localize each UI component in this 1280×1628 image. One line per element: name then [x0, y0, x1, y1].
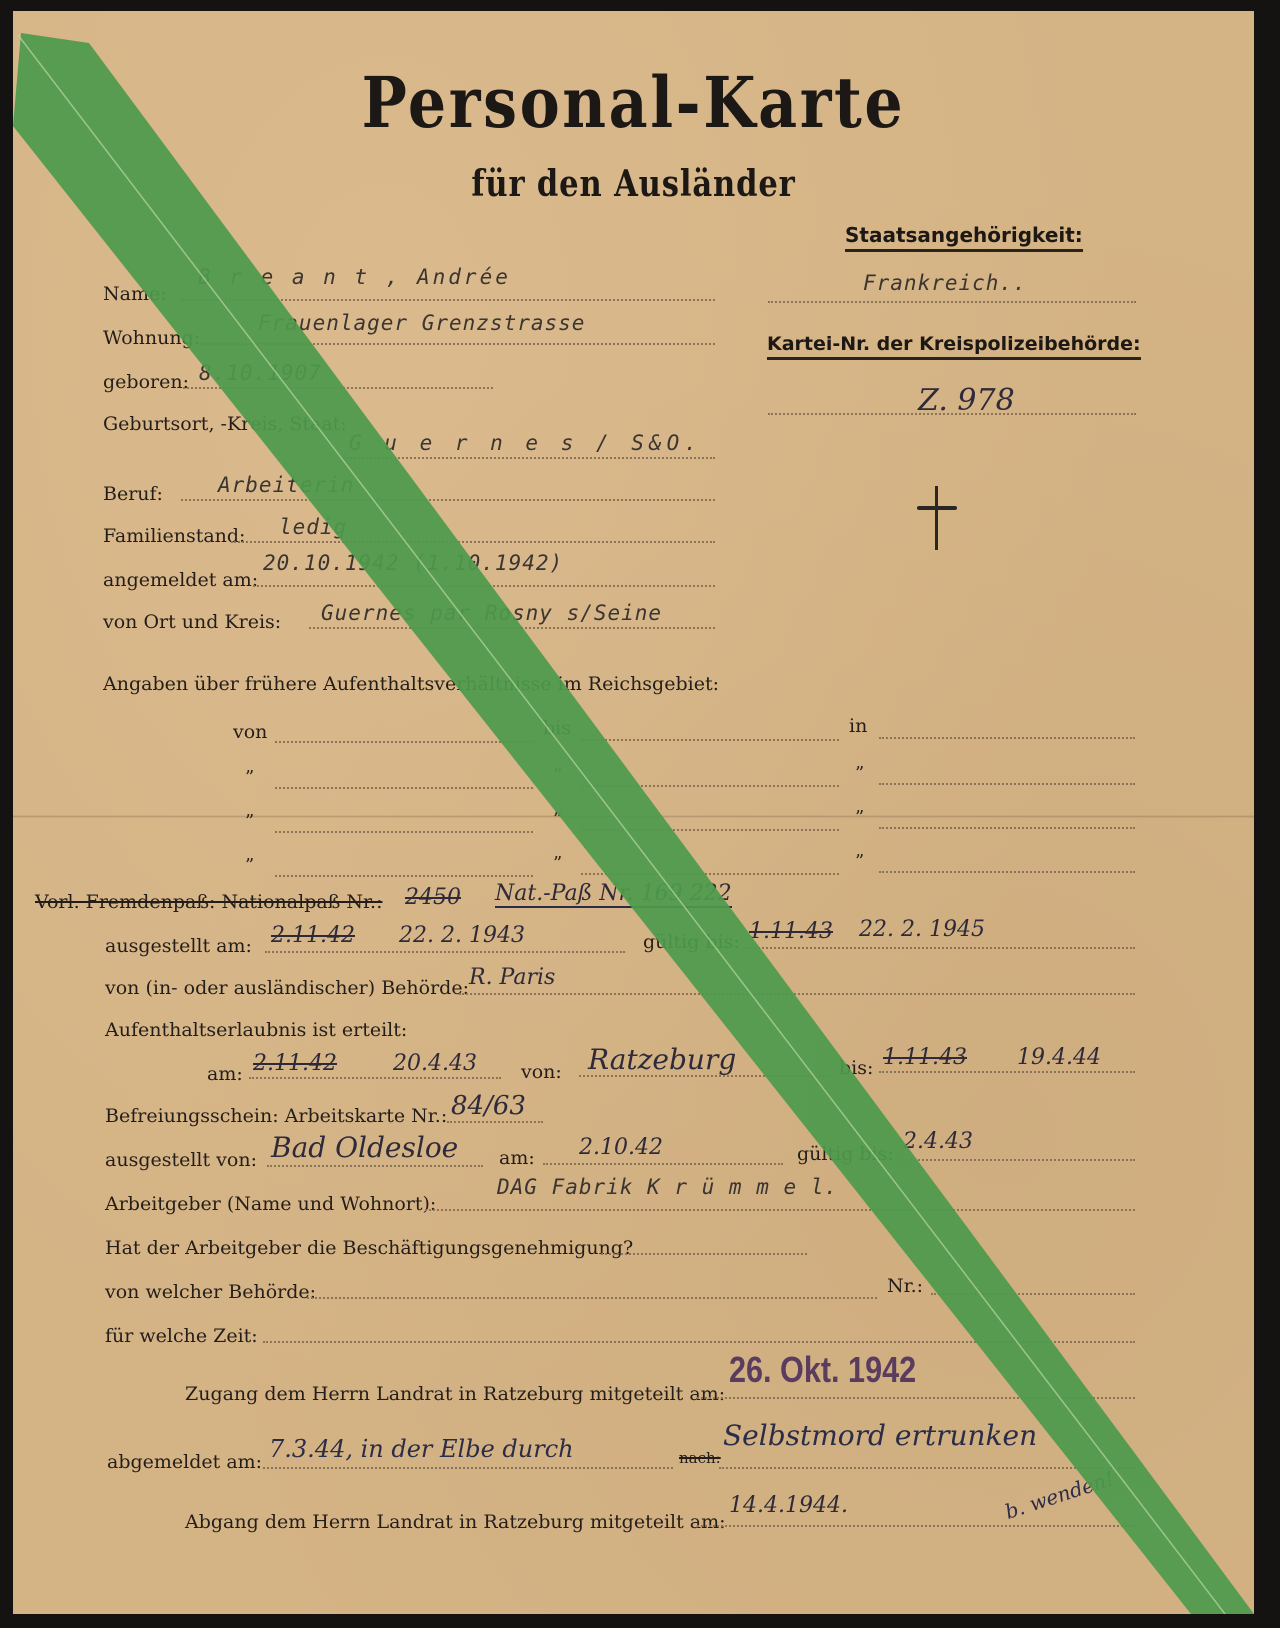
- passport-valid-label: gültig bis:: [643, 931, 740, 953]
- permit-on-value: 20.4.43: [393, 1051, 477, 1076]
- passport-valid-value: 22. 2. 1945: [859, 917, 985, 942]
- passport-number-new: Nat.-Paß Nr. 169 222: [495, 881, 732, 908]
- work-valid-line: [899, 1159, 1135, 1161]
- prev-until-line-1: [581, 739, 839, 741]
- number-line: [931, 1293, 1135, 1295]
- prev-from-line-2: [275, 787, 533, 789]
- ditto-mark: ”: [855, 763, 864, 784]
- occupation-line: [181, 499, 715, 501]
- prev-until-line-3: [581, 829, 839, 831]
- work-issued-on-line: [543, 1163, 783, 1165]
- work-issued-on-value: 2.10.42: [579, 1135, 663, 1160]
- work-valid-value: 2.4.43: [903, 1129, 973, 1154]
- prev-until-line-2: [581, 785, 839, 787]
- permit-by-line: [579, 1075, 829, 1077]
- registered-label: angemeldet am:: [103, 569, 258, 591]
- permit-on-label: am:: [207, 1063, 243, 1085]
- work-valid-label: gültig bis:: [797, 1143, 894, 1165]
- birthplace-line: [343, 457, 715, 459]
- passport-issued-value: 22. 2. 1943: [399, 923, 525, 948]
- work-card-label: Befreiungsschein: Arbeitskarte Nr.:: [105, 1105, 447, 1127]
- employer-value: DAG Fabrik K r ü m m e l.: [497, 1175, 838, 1199]
- arrival-notice-label: Zugang dem Herrn Landrat in Ratzeburg mi…: [185, 1383, 725, 1405]
- prev-in-line-1: [879, 737, 1135, 739]
- work-card-value: 84/63: [451, 1091, 526, 1121]
- permit-on-struck: 2.11.42: [253, 1051, 337, 1076]
- which-time-label: für welche Zeit:: [105, 1325, 258, 1347]
- prev-in-line-3: [879, 827, 1135, 829]
- nationality-value: Frankreich..: [863, 271, 1027, 295]
- name-line: [181, 299, 715, 301]
- ditto-mark: ”: [245, 855, 254, 876]
- departure-notice-line: [697, 1525, 1135, 1527]
- to-line: [719, 1467, 1135, 1469]
- until-label: bis: [543, 717, 571, 739]
- employer-label: Arbeitgeber (Name und Wohnort):: [105, 1193, 436, 1215]
- employment-permit-question: Hat der Arbeitgeber die Beschäftigungsge…: [105, 1237, 633, 1259]
- marital-status-line: [231, 541, 715, 543]
- file-number-label: Kartei-Nr. der Kreispolizeibehörde:: [767, 333, 1141, 360]
- departure-value: 14.4.1944.: [729, 1493, 848, 1518]
- work-issued-by-line: [267, 1165, 483, 1167]
- passport-issued-line: [265, 951, 625, 953]
- work-issued-by-label: ausgestellt von:: [105, 1149, 257, 1171]
- ditto-mark: ”: [245, 767, 254, 788]
- ditto-mark: ”: [553, 765, 562, 786]
- passport-label-struck: Vorl. Fremdenpaß: Nationalpaß Nr.:: [35, 891, 382, 913]
- from-label: von: [233, 721, 267, 743]
- occupation-label: Beruf:: [103, 483, 163, 505]
- nationality-label: Staatsangehörigkeit:: [845, 223, 1083, 252]
- name-value: B r e a n t , Andrée: [198, 265, 511, 289]
- born-label: geboren:: [103, 371, 189, 393]
- residence-permit-heading: Aufenthaltserlaubnis ist erteilt:: [105, 1019, 407, 1041]
- turn-over-note: b. wenden!: [1002, 1466, 1117, 1524]
- residence-label: Wohnung:: [103, 327, 200, 349]
- prev-from-line-3: [275, 831, 533, 833]
- document-subtitle: für den Ausländer: [106, 163, 1161, 205]
- born-line: [183, 387, 493, 389]
- residence-value: Frauenlager Grenzstrasse: [258, 311, 585, 335]
- which-authority-label: von welcher Behörde:: [105, 1281, 316, 1303]
- birthplace-label: Geburtsort, -Kreis, Staat:: [103, 413, 347, 435]
- passport-valid-struck: 1.11.43: [749, 919, 833, 944]
- document-title: Personal-Karte: [100, 61, 1167, 144]
- marital-status-label: Familienstand:: [103, 525, 245, 547]
- passport-issued-label: ausgestellt am:: [105, 935, 252, 957]
- prev-in-line-2: [879, 783, 1135, 785]
- prev-in-line-4: [879, 871, 1135, 873]
- permit-until-line: [879, 1071, 1135, 1073]
- deregistered-value: 7.3.44, in der Elbe durch: [269, 1435, 574, 1463]
- personal-card-document: Personal-Karte für den Ausländer Staatsa…: [13, 11, 1254, 1614]
- marital-status-value: ledig: [279, 515, 347, 539]
- deregistered-line: [263, 1467, 673, 1469]
- prev-from-line-1: [275, 741, 533, 743]
- work-issued-by-value: Bad Oldesloe: [271, 1131, 458, 1164]
- which-authority-line: [307, 1297, 877, 1299]
- residence-line: [201, 343, 715, 345]
- ditto-mark: ”: [553, 809, 562, 830]
- to-value: Selbstmord ertrunken: [723, 1419, 1037, 1452]
- employer-line: [425, 1209, 1135, 1211]
- from-place-label: von Ort und Kreis:: [103, 611, 281, 633]
- name-label: Name:: [103, 283, 167, 305]
- paper-fold-crease: [13, 815, 1254, 818]
- number-label: Nr.:: [887, 1275, 923, 1297]
- which-time-line: [263, 1341, 1135, 1343]
- born-value: 8.10.1907: [199, 361, 322, 385]
- permit-by-label: von:: [521, 1061, 562, 1083]
- work-card-line: [447, 1121, 543, 1123]
- passport-authority-line: [459, 993, 1135, 995]
- permit-until-struck: 1.11.43: [883, 1045, 967, 1070]
- permit-on-line: [249, 1077, 501, 1079]
- to-label-struck: nach:: [679, 1449, 721, 1467]
- ditto-mark: ”: [855, 851, 864, 872]
- permit-until-value: 19.4.44: [1017, 1045, 1101, 1070]
- file-number-line: [768, 413, 1136, 415]
- ditto-mark: ”: [553, 853, 562, 874]
- occupation-value: Arbeiterin: [218, 473, 354, 497]
- permit-until-label: bis:: [839, 1057, 873, 1079]
- passport-authority-label: von (in- oder ausländischer) Behörde:: [105, 977, 469, 999]
- registered-value: 20.10.1942 (1.10.1942): [263, 551, 563, 575]
- prev-until-line-4: [581, 873, 839, 875]
- in-label: in: [849, 715, 867, 737]
- arrival-notice-line: [697, 1397, 1135, 1399]
- work-issued-on-label: am:: [499, 1147, 535, 1169]
- permit-by-value: Ratzeburg: [588, 1043, 736, 1076]
- birthplace-value: G u e r n e s / S&O.: [349, 431, 702, 455]
- deregistered-label: abgemeldet am:: [107, 1451, 262, 1473]
- departure-notice-label: Abgang dem Herrn Landrat in Ratzeburg mi…: [185, 1511, 726, 1533]
- from-place-line: [309, 627, 715, 629]
- passport-authority-value: R. Paris: [469, 965, 555, 990]
- previous-residence-heading: Angaben über frühere Aufenthaltsverhältn…: [103, 673, 719, 695]
- employment-permit-line: [601, 1253, 807, 1255]
- nationality-line: [768, 301, 1136, 303]
- prev-from-line-4: [275, 875, 533, 877]
- passport-issued-struck: 2.11.42: [271, 923, 355, 948]
- ditto-mark: ”: [855, 807, 864, 828]
- passport-valid-line: [743, 947, 1135, 949]
- arrival-date-stamp: 26. Okt. 1942: [729, 1349, 916, 1391]
- ditto-mark: ”: [245, 811, 254, 832]
- from-place-value: Guernes par Rosny s/Seine: [321, 601, 662, 625]
- passport-number-struck: 2450: [405, 885, 461, 910]
- registered-line: [253, 585, 715, 587]
